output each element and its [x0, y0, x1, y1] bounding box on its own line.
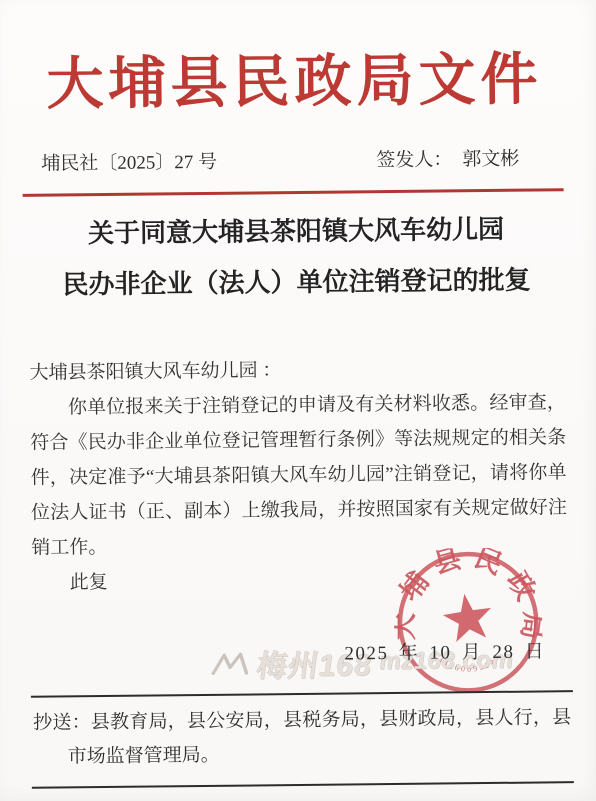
- subject-title: 关于同意大埔县茶阳镇大风车幼儿园 民办非企业（法人）单位注销登记的批复: [0, 202, 595, 310]
- body-paragraph: 你单位报来关于注销登记的申请及有关材料收悉。经审查，符合《民办非企业单位登记管理…: [30, 385, 568, 566]
- watermark-logo-icon: [211, 650, 252, 676]
- document-meta-row: 埔民社〔2025〕27 号 签发人：郭文彬: [41, 143, 519, 175]
- scanned-content: 大埔县民政局文件 埔民社〔2025〕27 号 签发人：郭文彬 关于同意大埔县茶阳…: [0, 0, 596, 801]
- issue-date: 2025 年 10 月 28 日: [344, 636, 545, 665]
- red-separator-line: [23, 188, 564, 197]
- issuer-name: 郭文彬: [462, 148, 519, 170]
- issuer-label: 签发人：: [376, 149, 452, 171]
- star-icon: [440, 590, 495, 643]
- cc-label: 抄送：: [33, 712, 91, 734]
- cc-list: 县教育局，县公安局，县税务局，县财政局，县人行，县市场监督管理局。: [68, 707, 572, 767]
- agency-title: 大埔县民政局文件: [0, 47, 593, 119]
- addressee-line: 大埔县茶阳镇大风车幼儿园 ：: [29, 350, 565, 391]
- cc-line: 抄送：县教育局，县公安局，县税务局，县财政局，县人行，县市场监督管理局。: [33, 701, 572, 775]
- subject-title-line1: 关于同意大埔县茶阳镇大风车幼儿园: [0, 202, 594, 259]
- document-number: 埔民社〔2025〕27 号: [41, 146, 217, 175]
- document-page: 大埔县民政局文件 埔民社〔2025〕27 号 签发人：郭文彬 关于同意大埔县茶阳…: [0, 0, 596, 801]
- cc-section: 抄送：县教育局，县公安局，县税务局，县财政局，县人行，县市场监督管理局。: [31, 690, 574, 789]
- issuer-field: 签发人：郭文彬: [376, 143, 519, 171]
- subject-title-line2: 民办非企业（法人）单位注销登记的批复: [0, 253, 595, 310]
